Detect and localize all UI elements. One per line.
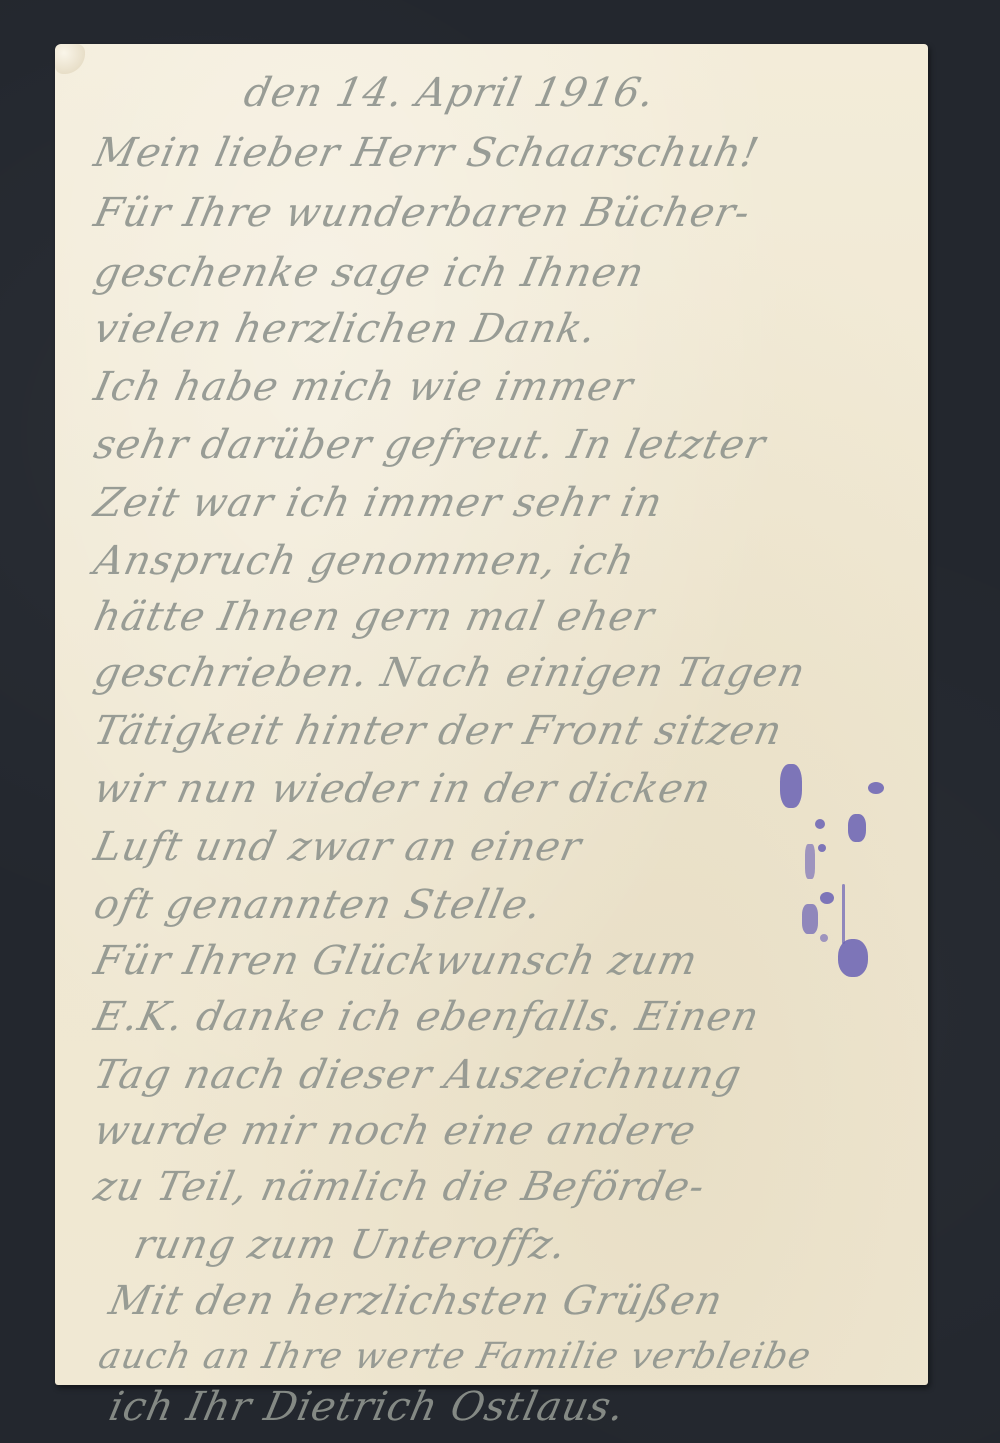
text-line: vielen herzlichen Dank. [90, 306, 601, 352]
text-line: Anspruch genommen, ich [90, 538, 639, 584]
text-line: Ich habe mich wie immer [90, 364, 638, 410]
text-line: hätte Ihnen gern mal eher [90, 594, 659, 640]
date-line: den 14. April 1916. [240, 70, 659, 116]
text-line: E.K. danke ich ebenfalls. Einen [90, 994, 764, 1040]
text-line: Tätigkeit hinter der Front sitzen [90, 708, 787, 754]
text-line: rung zum Unteroffz. [130, 1222, 571, 1268]
handwritten-text: den 14. April 1916. Mein lieber Herr Sch… [55, 44, 928, 1385]
text-line: geschrieben. Nach einigen Tagen [90, 650, 810, 696]
text-line: wurde mir noch eine andere [90, 1108, 700, 1154]
closing-line: auch an Ihre werte Familie verbleibe [95, 1336, 815, 1377]
salutation-line: Mein lieber Herr Schaarschuh! [90, 130, 763, 176]
text-line: Zeit war ich immer sehr in [90, 480, 667, 526]
text-line: oft genannten Stelle. [90, 882, 546, 928]
postcard: den 14. April 1916. Mein lieber Herr Sch… [55, 44, 928, 1385]
text-line: wir nun wieder in der dicken [90, 766, 715, 812]
signature-line: ich Ihr Dietrich Ostlaus. [105, 1384, 629, 1430]
text-line: Für Ihre wunderbaren Bücher- [90, 190, 755, 236]
text-line: zu Teil, nämlich die Beförde- [90, 1164, 709, 1210]
text-line: Tag nach dieser Auszeichnung [90, 1052, 746, 1098]
ink-stamp-smudge [720, 744, 940, 1004]
text-line: sehr darüber gefreut. In letzter [90, 422, 770, 468]
text-line: Für Ihren Glückwunsch zum [90, 938, 702, 984]
text-line: geschenke sage ich Ihnen [90, 250, 649, 296]
closing-line: Mit den herzlichsten Grüßen [105, 1278, 727, 1324]
text-line: Luft und zwar an einer [90, 824, 586, 870]
